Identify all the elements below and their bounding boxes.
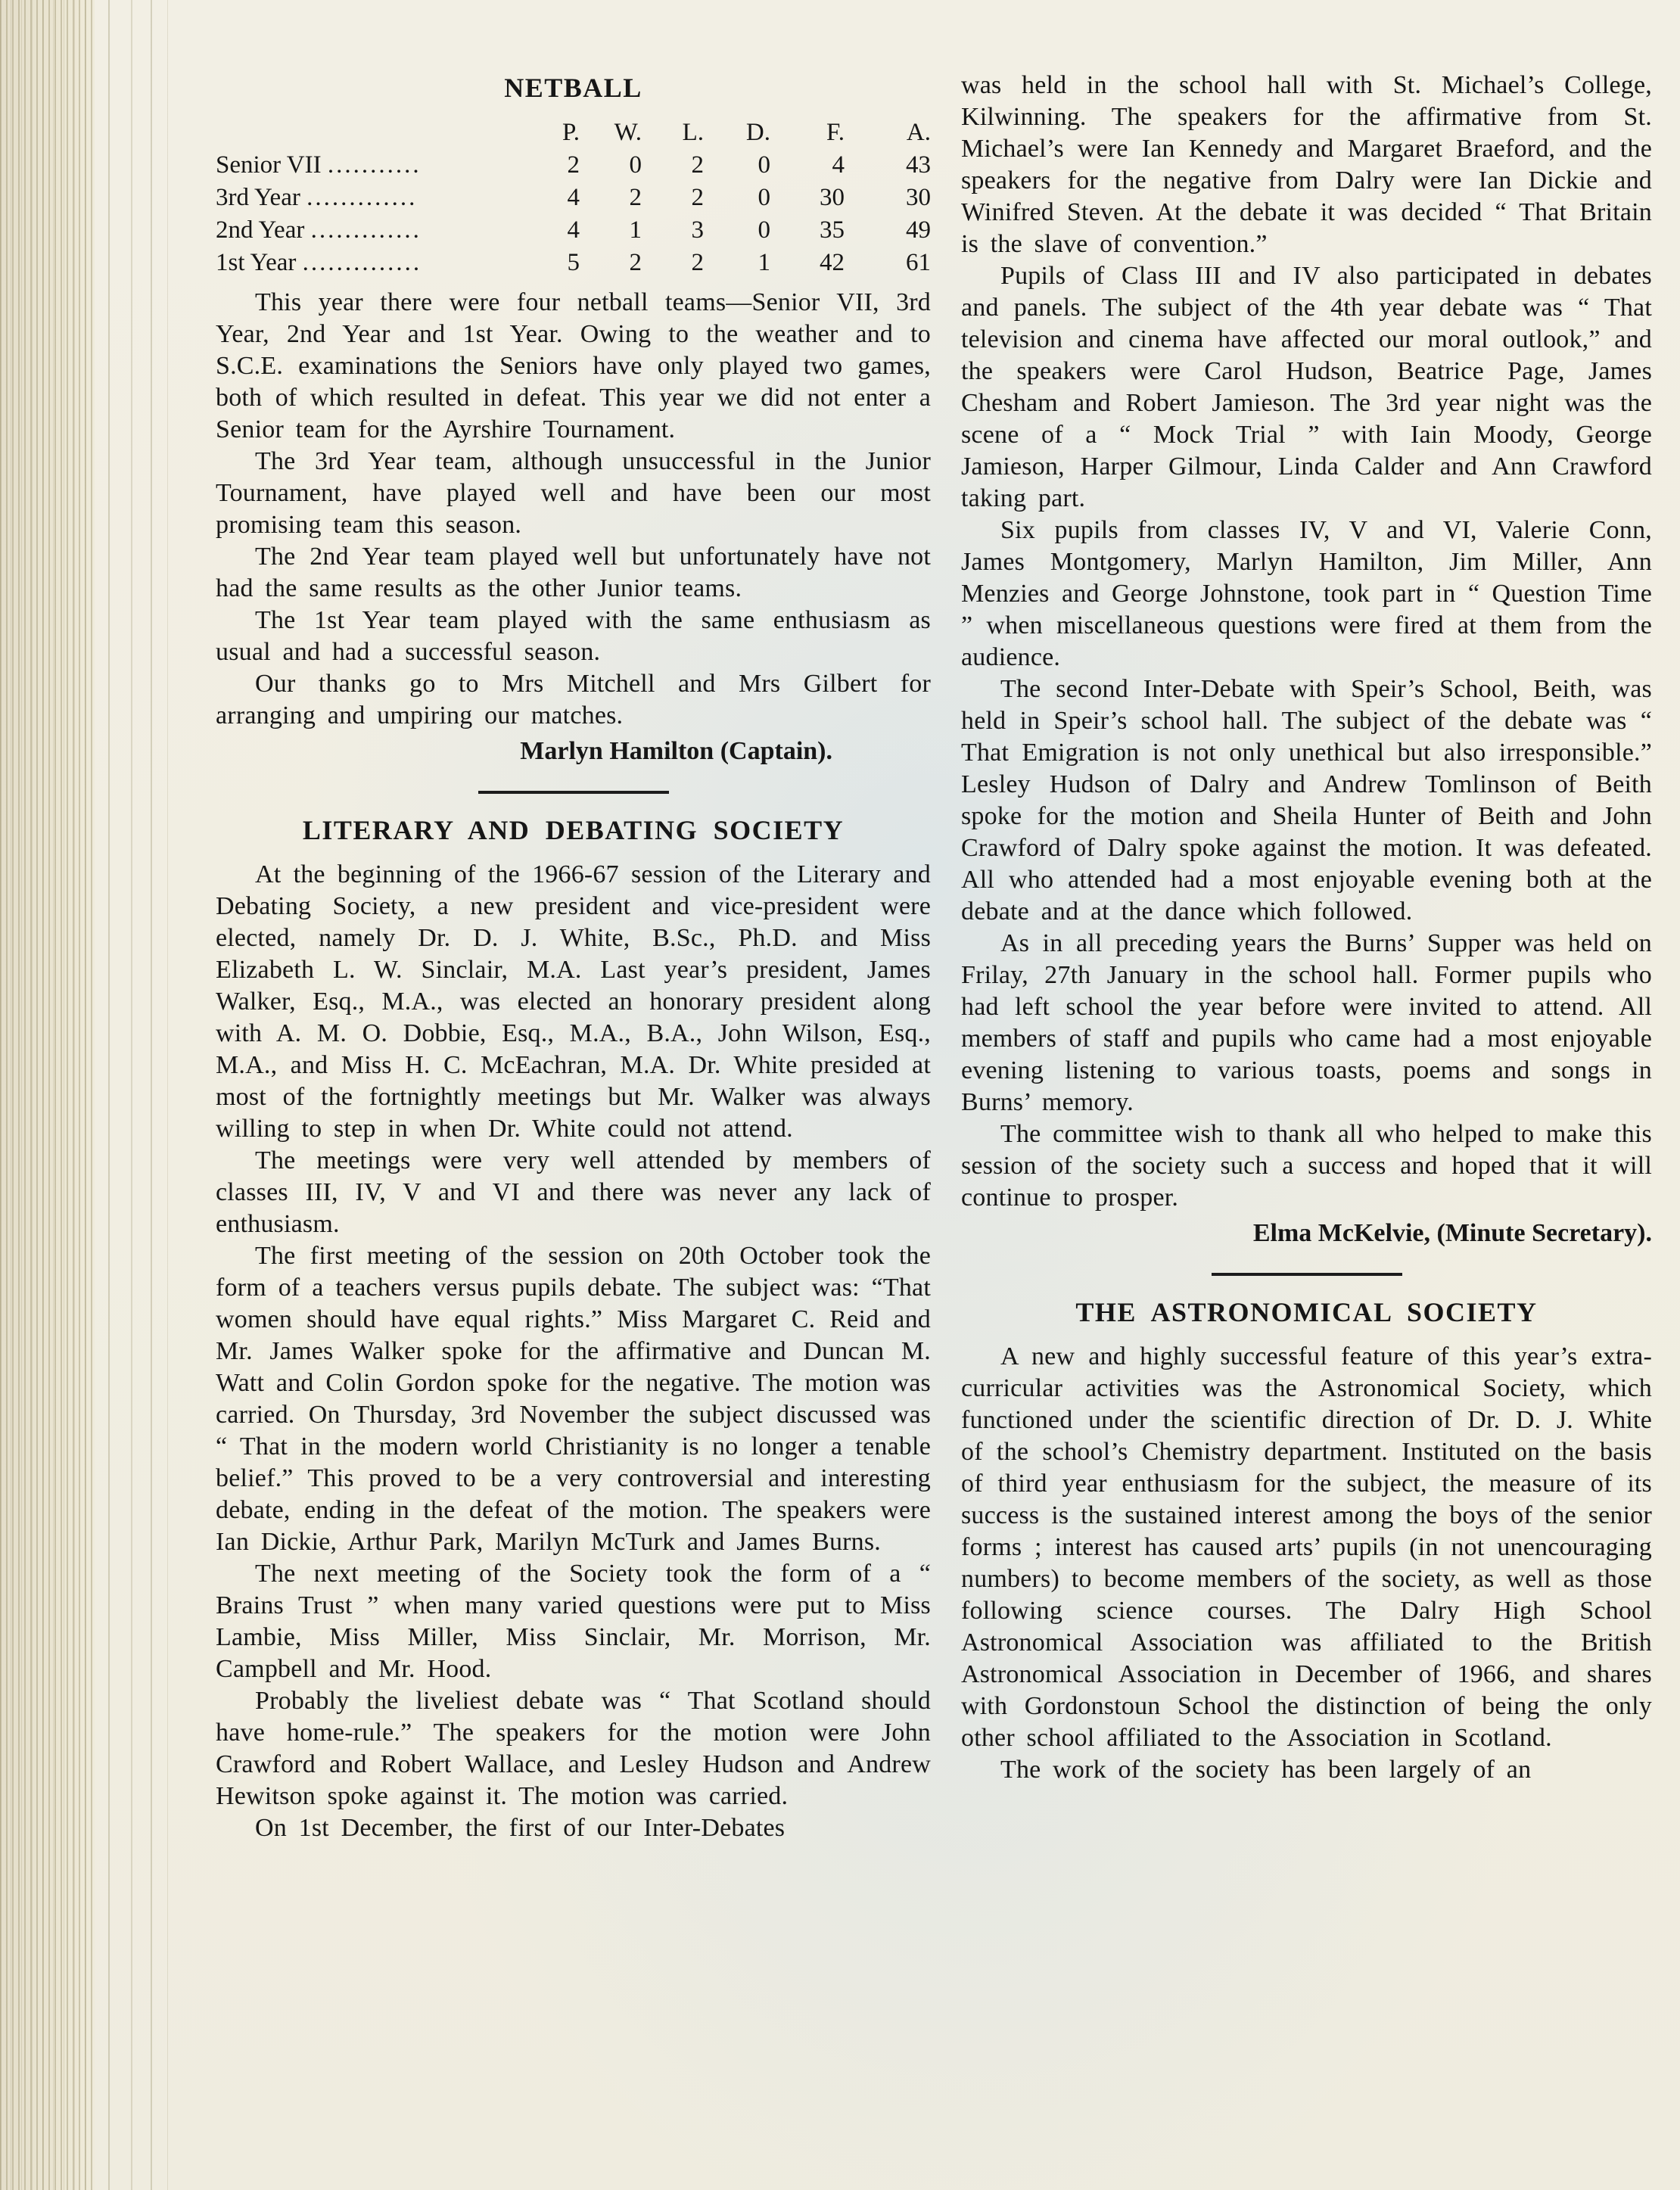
col-header-for: F. <box>770 117 845 149</box>
leader-dots: ............. <box>306 184 417 211</box>
paragraph: The work of the society has been largely… <box>961 1754 1652 1786</box>
stat-for: 42 <box>770 247 845 279</box>
right-column: was held in the school hall with St. Mic… <box>961 70 1652 1844</box>
section-astronomical: THE ASTRONOMICAL SOCIETY A new and highl… <box>961 1294 1652 1786</box>
table-row: 1st Year .............. 5 2 2 1 42 61 <box>216 247 931 279</box>
book-page-edges <box>0 0 174 2190</box>
stat-lost: 2 <box>642 182 704 214</box>
leader-dots: .............. <box>303 249 422 276</box>
team-name: 2nd Year <box>216 216 304 244</box>
stat-drawn: 0 <box>704 214 770 247</box>
stat-against: 43 <box>845 149 931 182</box>
table-row: 2nd Year ............. 4 1 3 0 35 49 <box>216 214 931 247</box>
paragraph: The 1st Year team played with the same e… <box>216 605 931 668</box>
paragraph: On 1st December, the first of our Inter-… <box>216 1812 931 1844</box>
stat-played: 4 <box>515 182 580 214</box>
left-column: NETBALL P. W. L. D. F. A. Senior VII ...… <box>216 70 931 1844</box>
stat-lost: 2 <box>642 247 704 279</box>
paragraph: At the beginning of the 1966-67 session … <box>216 859 931 1145</box>
paragraph: Pupils of Class III and IV also particip… <box>961 260 1652 515</box>
table-header-row: P. W. L. D. F. A. <box>216 117 931 149</box>
netball-signature: Marlyn Hamilton (Captain). <box>216 735 931 768</box>
stat-lost: 2 <box>642 149 704 182</box>
stat-drawn: 0 <box>704 149 770 182</box>
stat-played: 5 <box>515 247 580 279</box>
stat-played: 4 <box>515 214 580 247</box>
stat-won: 2 <box>580 182 642 214</box>
stat-won: 2 <box>580 247 642 279</box>
stat-for: 30 <box>770 182 845 214</box>
paragraph: This year there were four netball teams—… <box>216 287 931 446</box>
team-name: 3rd Year <box>216 184 300 211</box>
paragraph: The next meeting of the Society took the… <box>216 1558 931 1685</box>
stat-drawn: 0 <box>704 182 770 214</box>
col-header-played: P. <box>515 117 580 149</box>
page-edge-stripes-sparse <box>95 0 174 2190</box>
paragraph: The first meeting of the session on 20th… <box>216 1240 931 1558</box>
table-row: 3rd Year ............. 4 2 2 0 30 30 <box>216 182 931 214</box>
stat-against: 49 <box>845 214 931 247</box>
col-header-lost: L. <box>642 117 704 149</box>
stat-for: 4 <box>770 149 845 182</box>
paragraph: was held in the school hall with St. Mic… <box>961 70 1652 260</box>
paragraph: The committee wish to thank all who help… <box>961 1118 1652 1214</box>
section-netball: NETBALL P. W. L. D. F. A. Senior VII ...… <box>216 70 931 768</box>
paragraph: A new and highly successful feature of t… <box>961 1341 1652 1754</box>
scanned-page: { "colors": { "ink": "#161616", "paper":… <box>0 0 1680 2190</box>
col-header-drawn: D. <box>704 117 770 149</box>
page-edge-stripes-dense <box>0 0 95 2190</box>
stat-against: 30 <box>845 182 931 214</box>
stat-drawn: 1 <box>704 247 770 279</box>
netball-title: NETBALL <box>216 70 931 106</box>
col-header-against: A. <box>845 117 931 149</box>
paragraph: The 2nd Year team played well but unfort… <box>216 541 931 605</box>
stat-won: 0 <box>580 149 642 182</box>
stat-lost: 3 <box>642 214 704 247</box>
col-header-won: W. <box>580 117 642 149</box>
paragraph: The 3rd Year team, although unsuccessful… <box>216 446 931 541</box>
literary-signature: Elma McKelvie, (Minute Secretary). <box>961 1217 1652 1250</box>
paragraph: Probably the liveliest debate was “ That… <box>216 1685 931 1812</box>
paragraph: Six pupils from classes IV, V and VI, Va… <box>961 515 1652 673</box>
stat-won: 1 <box>580 214 642 247</box>
netball-results-table: P. W. L. D. F. A. Senior VII ...........… <box>216 117 931 279</box>
paragraph: Our thanks go to Mrs Mitchell and Mrs Gi… <box>216 668 931 732</box>
paragraph: The meetings were very well attended by … <box>216 1145 931 1240</box>
table-corner-blank <box>216 117 515 149</box>
paragraph: As in all preceding years the Burns’ Sup… <box>961 928 1652 1118</box>
section-literary-debating: LITERARY AND DEBATING SOCIETY At the beg… <box>216 812 931 1844</box>
section-literary-continuation: was held in the school hall with St. Mic… <box>961 70 1652 1250</box>
table-row: Senior VII ........... 2 0 2 0 4 43 <box>216 149 931 182</box>
stat-against: 61 <box>845 247 931 279</box>
stat-played: 2 <box>515 149 580 182</box>
section-divider <box>478 791 669 794</box>
leader-dots: ........... <box>328 151 422 179</box>
section-divider <box>1212 1273 1402 1276</box>
leader-dots: ............. <box>311 216 422 244</box>
paragraph: The second Inter-Debate with Speir’s Sch… <box>961 673 1652 928</box>
literary-society-title: LITERARY AND DEBATING SOCIETY <box>216 812 931 848</box>
team-name: Senior VII <box>216 151 322 179</box>
astronomical-society-title: THE ASTRONOMICAL SOCIETY <box>961 1294 1652 1330</box>
stat-for: 35 <box>770 214 845 247</box>
text-columns: NETBALL P. W. L. D. F. A. Senior VII ...… <box>216 70 1652 1844</box>
team-name: 1st Year <box>216 249 296 276</box>
